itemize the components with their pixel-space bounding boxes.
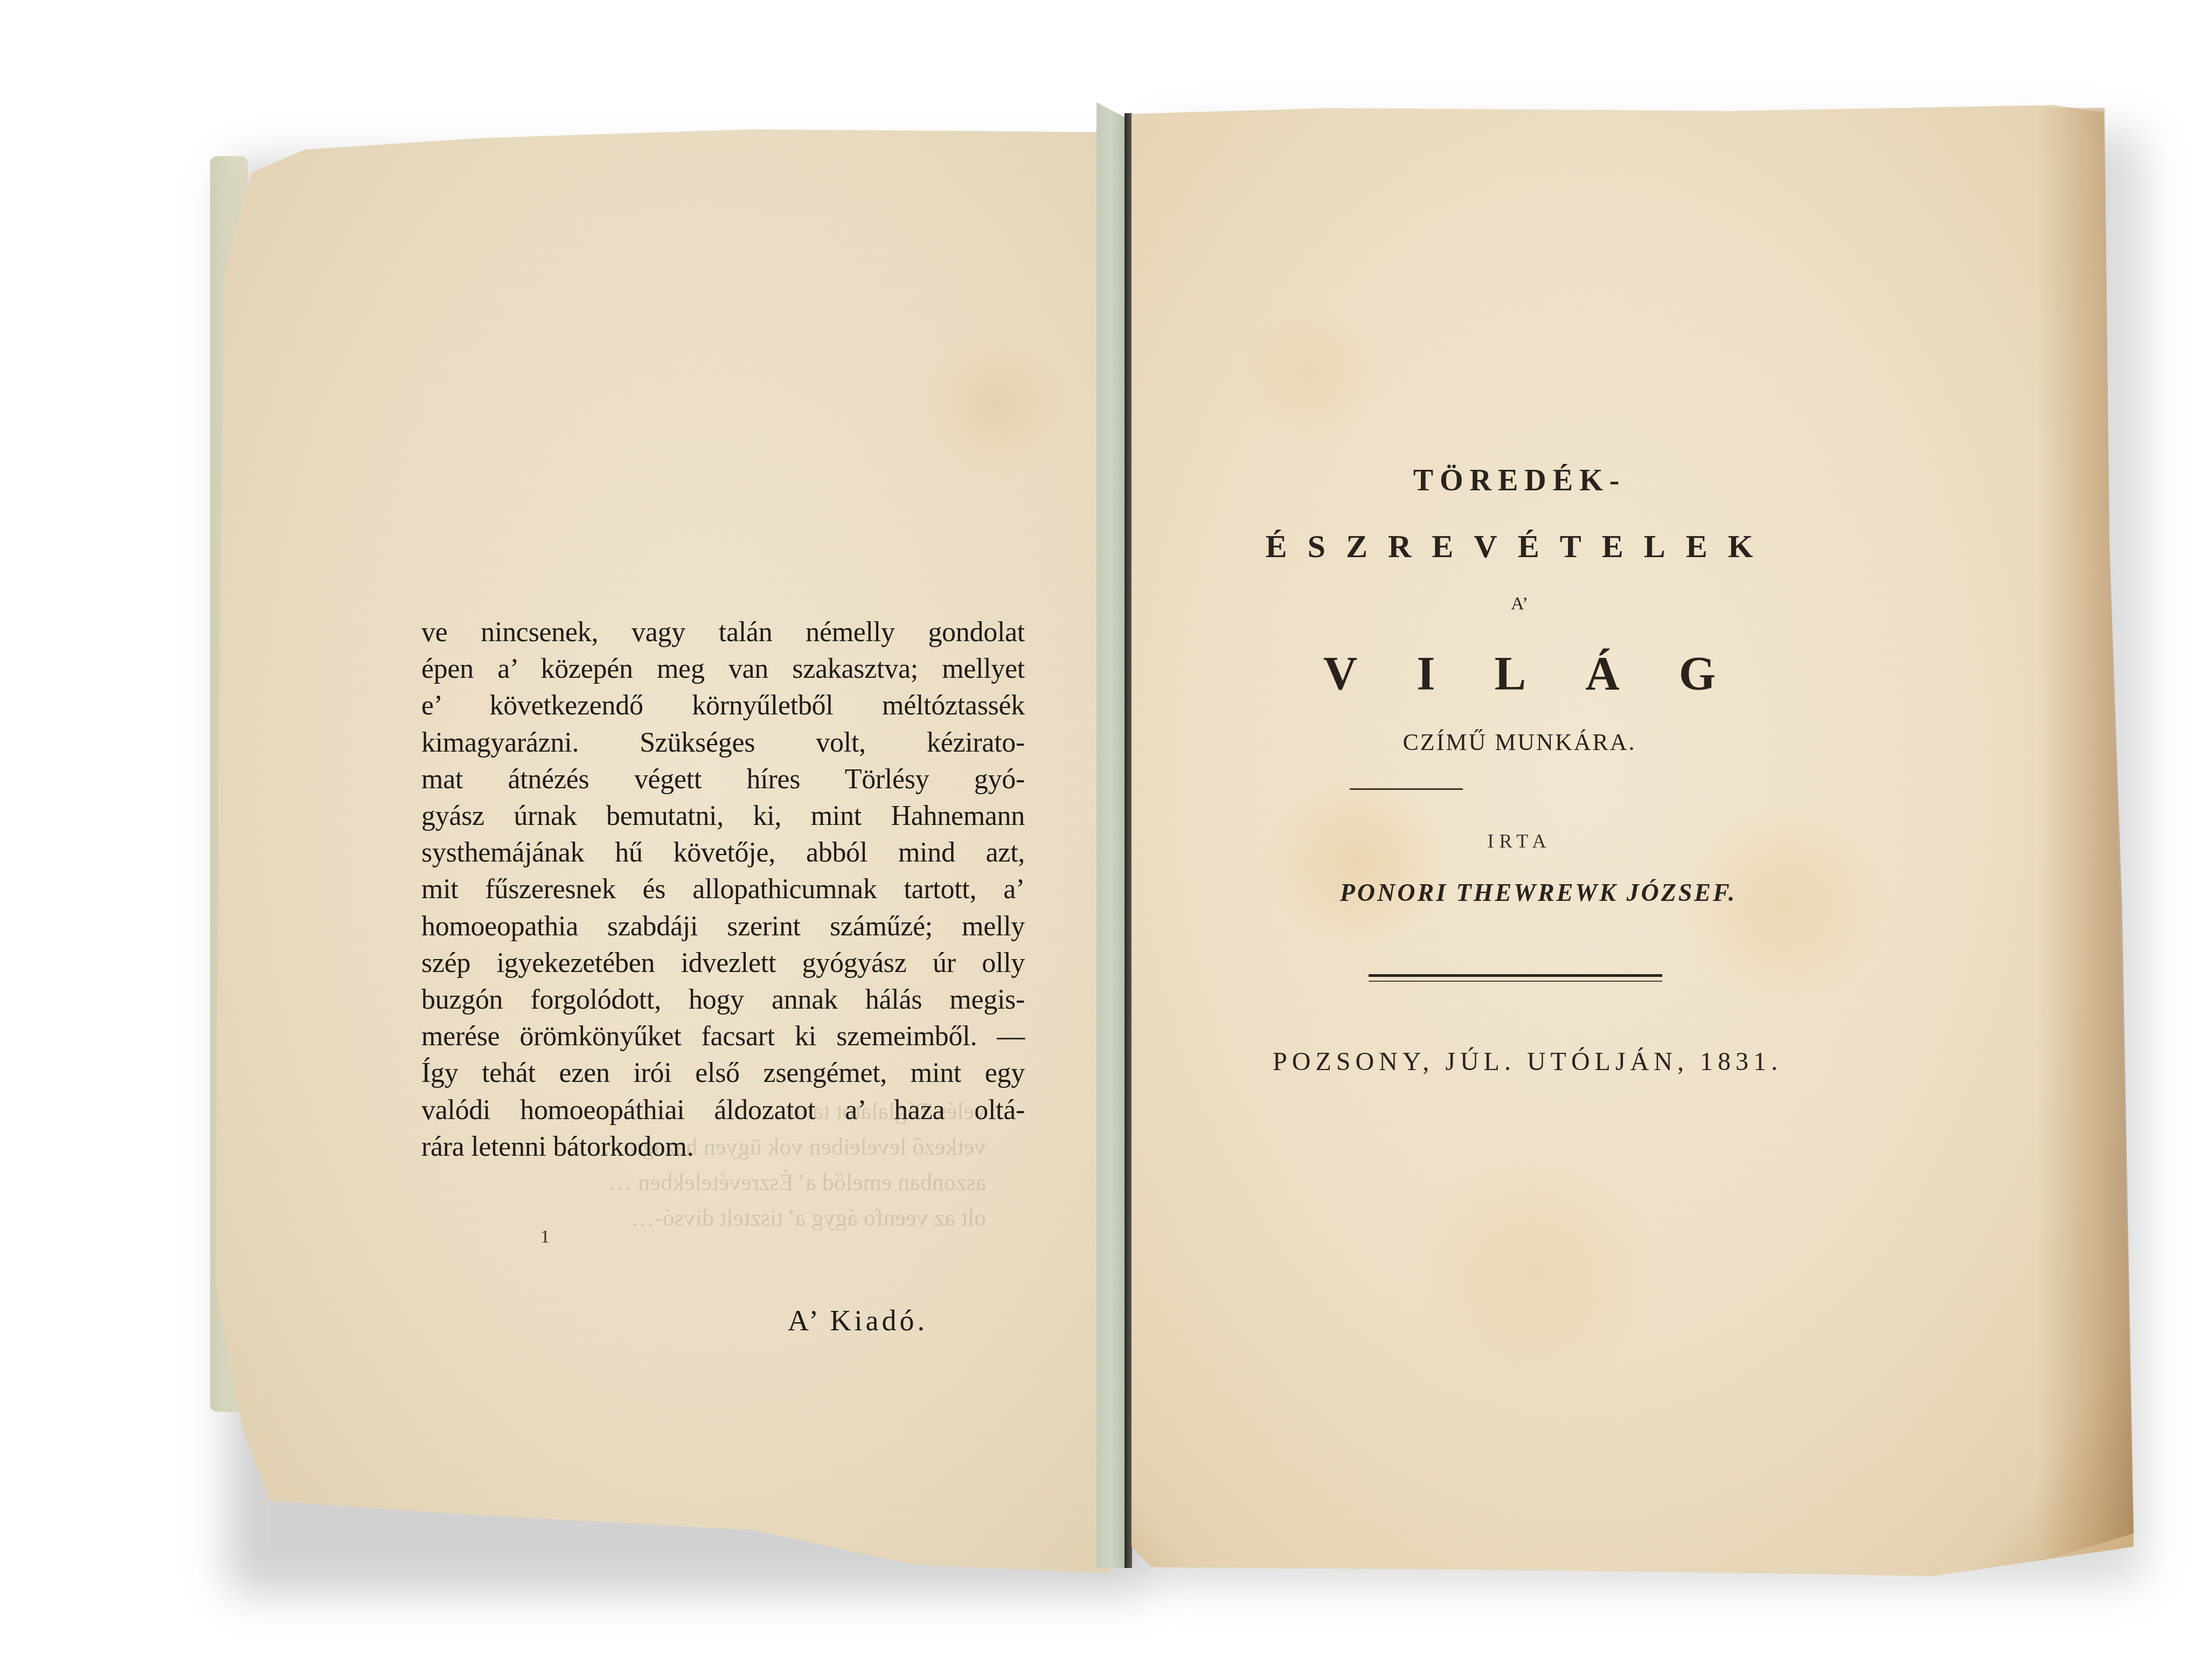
author-name: PONORI THEWREWK JÓZSEF. [1229, 878, 1848, 907]
text-line: Így tehát ezen irói első zsengémet, mint… [421, 1055, 1025, 1092]
text-line: merése örömkönyűket facsart ki szemeimbő… [421, 1018, 1025, 1055]
title-article: A’ [1229, 594, 1810, 614]
title-line-1: TÖREDÉK- [1229, 463, 1810, 498]
double-rule-bottom [1369, 981, 1662, 982]
foxing-stain [1255, 781, 1460, 943]
text-line: rára letenni bátorkodom. [421, 1129, 1025, 1165]
title-subtitle: CZÍMŰ MUNKÁRA. [1229, 728, 1810, 756]
title-main: VILÁG [1229, 647, 1810, 701]
text-line: épen a’ közepén meg van szakasztva; mell… [421, 651, 1025, 688]
text-line: szép igyekezetében idvezlett gyógyász úr… [421, 945, 1025, 982]
text-line: ve nincsenek, vagy talán némelly gondola… [421, 614, 1025, 651]
text-line: homoeopathia szabdáji szerint száműzé; m… [421, 908, 1025, 945]
text-line: mit fűszeresnek és allopathicumnak tarto… [421, 871, 1025, 908]
imprint-line: POZSONY, JÚL. UTÓLJÁN, 1831. [1218, 1047, 1837, 1077]
text-line: kimagyarázni. Szükséges volt, kézirato- [421, 725, 1025, 761]
text-line: systhemájának hű követője, abból mind az… [421, 835, 1025, 871]
text-line: gyász úrnak bemutatni, ki, mint Hahneman… [421, 798, 1025, 835]
spine-gutter [1125, 113, 1132, 1568]
foxing-stain [1401, 1158, 1670, 1385]
title-line-2: ÉSZREVÉTELEK [1229, 528, 1810, 565]
double-rule-top [1369, 974, 1662, 977]
publisher-signature: A’ Kiadó. [788, 1304, 928, 1337]
text-line: mat átnézés végett híres Törlésy gyó- [421, 761, 1025, 798]
text-line: e’ következendő környűletből méltóztassé… [421, 688, 1025, 724]
text-line: buzgón forgolódott, hogy annak hálás meg… [421, 982, 1025, 1018]
spine-binding-strip [1096, 102, 1125, 1568]
body-text: ve nincsenek, vagy talán némelly gondola… [421, 614, 1025, 1165]
page-mark: 1 [540, 1227, 550, 1247]
divider-rule [1350, 788, 1463, 790]
foxing-stain [1239, 302, 1379, 442]
text-line: valódi homoeopáthiai áldozatot a’ haza o… [421, 1092, 1025, 1129]
left-page-stain [927, 323, 1067, 485]
open-book: velés Táglalatot tanu… vetkező leveleibe… [0, 0, 2207, 1680]
byline-label: IRTA [1229, 830, 1810, 852]
